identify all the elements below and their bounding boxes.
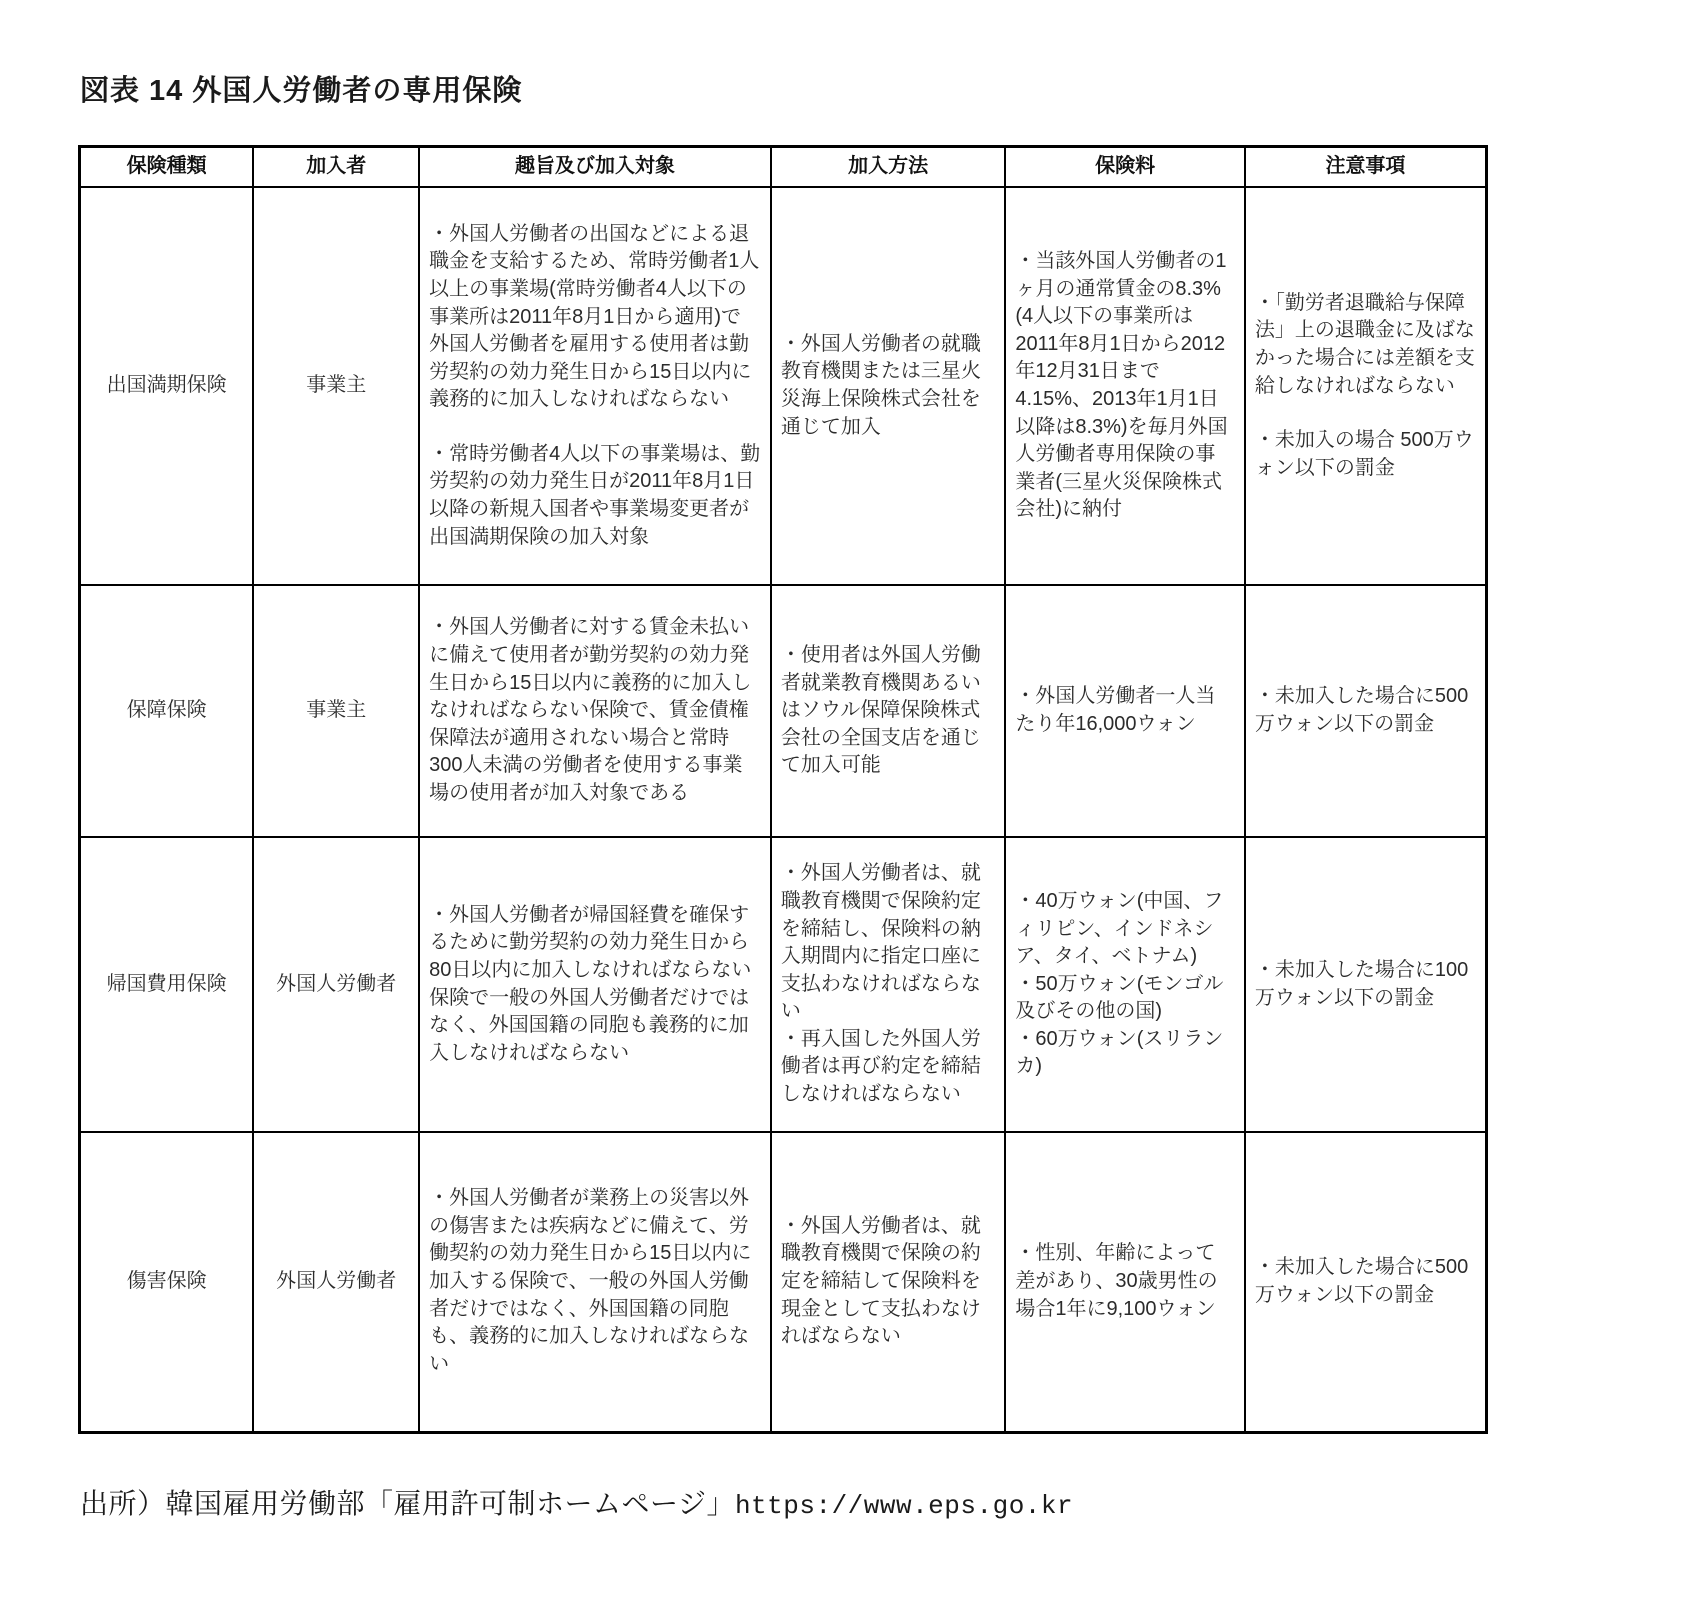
header-notes: 注意事項 <box>1245 147 1487 188</box>
cell-notes: ・未加入した場合に100万ウォン以下の罰金 <box>1245 837 1487 1132</box>
cell-purpose: ・外国人労働者の出国などによる退職金を支給するため、常時労働者1人以上の事業場(… <box>419 187 771 585</box>
purpose-paragraph: ・常時労働者4人以下の事業場は、勤労契約の効力発生日が2011年8月1日以降の新… <box>429 441 761 551</box>
table-row: 出国満期保険 事業主 ・外国人労働者の出国などによる退職金を支給するため、常時労… <box>80 187 1487 585</box>
insurance-type-label: 保障保険 <box>90 697 243 725</box>
cell-premium: ・外国人労働者一人当たり年16,000ウォン <box>1005 585 1245 837</box>
table-row: 帰国費用保険 外国人労働者 ・外国人労働者が帰国経費を確保するために勤労契約の効… <box>80 837 1487 1132</box>
table-header-row: 保険種類 加入者 趣旨及び加入対象 加入方法 保険料 注意事項 <box>80 147 1487 188</box>
subscriber-label: 事業主 <box>263 372 409 400</box>
header-subscriber: 加入者 <box>253 147 419 188</box>
cell-method: ・外国人労働者は、就職教育機関で保険約定を締結し、保険料の納入期間内に指定口座に… <box>771 837 1005 1132</box>
cell-notes: ・「勤労者退職給与保障法」上の退職金に及ばなかった場合には差額を支給しなければな… <box>1245 187 1487 585</box>
figure-title: 図表 14 外国人労働者の専用保険 <box>80 68 1690 109</box>
notes-paragraph: ・未加入した場合に500万ウォン以下の罰金 <box>1255 1254 1476 1309</box>
cell-insurance-type: 出国満期保険 <box>80 187 254 585</box>
table-row: 傷害保険 外国人労働者 ・外国人労働者が業務上の災害以外の傷害または疾病などに備… <box>80 1132 1487 1432</box>
notes-paragraph: ・未加入した場合に500万ウォン以下の罰金 <box>1255 683 1476 738</box>
cell-insurance-type: 傷害保険 <box>80 1132 254 1432</box>
cell-subscriber: 事業主 <box>253 585 419 837</box>
purpose-paragraph: ・外国人労働者に対する賃金未払いに備えて使用者が勤労契約の効力発生日から15日以… <box>429 614 761 807</box>
source-citation: 出所）韓国雇用労働部「雇用許可制ホームページ」https://www.eps.g… <box>80 1482 1690 1522</box>
subscriber-label: 外国人労働者 <box>263 971 409 999</box>
cell-premium: ・当該外国人労働者の1ヶ月の通常賃金の8.3%(4人以下の事業所は2011年8月… <box>1005 187 1245 585</box>
header-insurance-type: 保険種類 <box>80 147 254 188</box>
notes-paragraph: ・未加入の場合 500万ウォン以下の罰金 <box>1255 427 1476 482</box>
premium-paragraph: ・50万ウォン(モンゴル及びその他の国) <box>1015 971 1235 1026</box>
cell-insurance-type: 帰国費用保険 <box>80 837 254 1132</box>
cell-purpose: ・外国人労働者が帰国経費を確保するために勤労契約の効力発生日から80日以内に加入… <box>419 837 771 1132</box>
method-paragraph: ・使用者は外国人労働者就業教育機関あるいはソウル保障保険株式会社の全国支店を通じ… <box>781 642 995 780</box>
cell-method: ・使用者は外国人労働者就業教育機関あるいはソウル保障保険株式会社の全国支店を通じ… <box>771 585 1005 837</box>
method-paragraph: ・外国人労働者は、就職教育機関で保険の約定を締結して保険料を現金として支払わなけ… <box>781 1213 995 1351</box>
premium-paragraph: ・40万ウォン(中国、フィリピン、インドネシア、タイ、ベトナム) <box>1015 888 1235 971</box>
cell-premium: ・40万ウォン(中国、フィリピン、インドネシア、タイ、ベトナム) ・50万ウォン… <box>1005 837 1245 1132</box>
header-purpose: 趣旨及び加入対象 <box>419 147 771 188</box>
premium-paragraph: ・外国人労働者一人当たり年16,000ウォン <box>1015 683 1235 738</box>
cell-subscriber: 外国人労働者 <box>253 837 419 1132</box>
premium-paragraph: ・60万ウォン(スリランカ) <box>1015 1026 1235 1081</box>
cell-method: ・外国人労働者は、就職教育機関で保険の約定を締結して保険料を現金として支払わなけ… <box>771 1132 1005 1432</box>
subscriber-label: 外国人労働者 <box>263 1268 409 1296</box>
insurance-type-label: 傷害保険 <box>90 1268 243 1296</box>
cell-purpose: ・外国人労働者が業務上の災害以外の傷害または疾病などに備えて、労働契約の効力発生… <box>419 1132 771 1432</box>
premium-paragraph: ・当該外国人労働者の1ヶ月の通常賃金の8.3%(4人以下の事業所は2011年8月… <box>1015 248 1235 524</box>
table-row: 保障保険 事業主 ・外国人労働者に対する賃金未払いに備えて使用者が勤労契約の効力… <box>80 585 1487 837</box>
cell-notes: ・未加入した場合に500万ウォン以下の罰金 <box>1245 1132 1487 1432</box>
method-paragraph: ・再入国した外国人労働者は再び約定を締結しなければならない <box>781 1026 995 1109</box>
source-label: 出所）韓国雇用労働部「雇用許可制ホームページ」 <box>80 1489 735 1520</box>
notes-paragraph: ・「勤労者退職給与保障法」上の退職金に及ばなかった場合には差額を支給しなければな… <box>1255 290 1476 400</box>
document-page: 図表 14 外国人労働者の専用保険 保険種類 加入者 趣旨及び加入対象 加入方法… <box>0 0 1690 1522</box>
cell-premium: ・性別、年齢によって差があり、30歳男性の場合1年に9,100ウォン <box>1005 1132 1245 1432</box>
cell-subscriber: 外国人労働者 <box>253 1132 419 1432</box>
purpose-paragraph: ・外国人労働者が業務上の災害以外の傷害または疾病などに備えて、労働契約の効力発生… <box>429 1185 761 1378</box>
method-paragraph: ・外国人労働者は、就職教育機関で保険約定を締結し、保険料の納入期間内に指定口座に… <box>781 860 995 1026</box>
header-premium: 保険料 <box>1005 147 1245 188</box>
insurance-type-label: 出国満期保険 <box>90 372 243 400</box>
cell-purpose: ・外国人労働者に対する賃金未払いに備えて使用者が勤労契約の効力発生日から15日以… <box>419 585 771 837</box>
cell-subscriber: 事業主 <box>253 187 419 585</box>
purpose-paragraph: ・外国人労働者の出国などによる退職金を支給するため、常時労働者1人以上の事業場(… <box>429 221 761 414</box>
cell-notes: ・未加入した場合に500万ウォン以下の罰金 <box>1245 585 1487 837</box>
subscriber-label: 事業主 <box>263 697 409 725</box>
insurance-type-label: 帰国費用保険 <box>90 971 243 999</box>
header-method: 加入方法 <box>771 147 1005 188</box>
cell-method: ・外国人労働者の就職教育機関または三星火災海上保険株式会社を通じて加入 <box>771 187 1005 585</box>
method-paragraph: ・外国人労働者の就職教育機関または三星火災海上保険株式会社を通じて加入 <box>781 331 995 441</box>
cell-insurance-type: 保障保険 <box>80 585 254 837</box>
premium-paragraph: ・性別、年齢によって差があり、30歳男性の場合1年に9,100ウォン <box>1015 1240 1235 1323</box>
source-url: https://www.eps.go.kr <box>735 1491 1073 1521</box>
notes-paragraph: ・未加入した場合に100万ウォン以下の罰金 <box>1255 957 1476 1012</box>
insurance-table: 保険種類 加入者 趣旨及び加入対象 加入方法 保険料 注意事項 出国満期保険 事… <box>78 145 1488 1434</box>
purpose-paragraph: ・外国人労働者が帰国経費を確保するために勤労契約の効力発生日から80日以内に加入… <box>429 902 761 1068</box>
